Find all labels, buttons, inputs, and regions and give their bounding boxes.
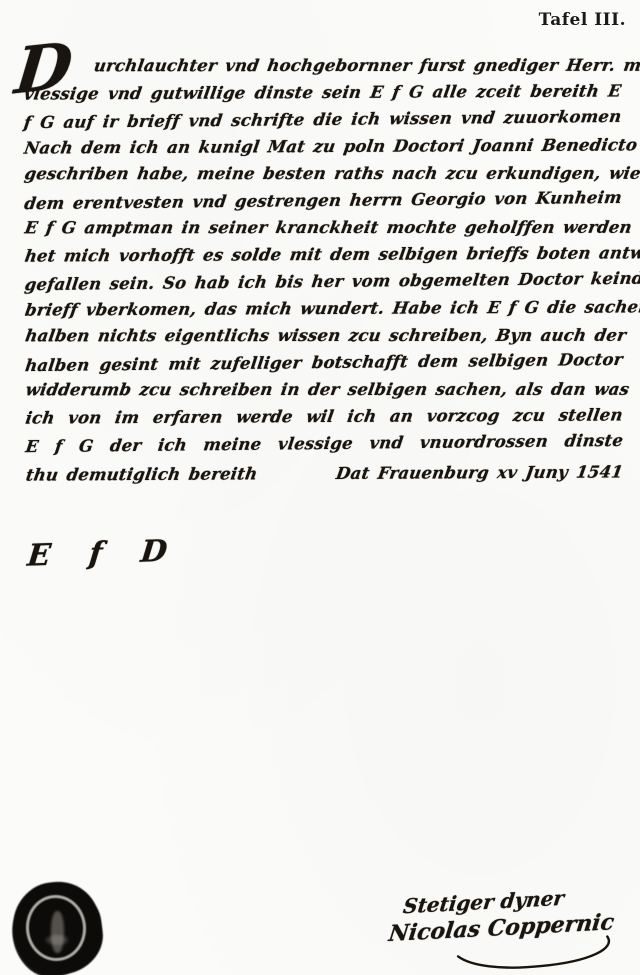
monogram-efd: E f D [26,533,183,573]
seal-figure [51,911,64,953]
manuscript-line: brieff vberkomen, das mich wundert. Habe… [23,293,624,323]
manuscript-line: widderumb zcu schreiben in der selbigen … [24,376,625,404]
manuscript-line: halben gesint mit zufelliger botschafft … [24,346,625,379]
plate-label: Tafel III. [539,10,626,30]
signature-block: Stetiger dyner Nicolas Coppernic [387,882,620,948]
manuscript-line: thu demutiglich bereith Dat Frauenburg x… [24,458,625,488]
manuscript-line: geschriben habe, meine besten raths nach… [23,160,624,188]
manuscript-line: Nach dem ich an kunigl Mat zu poln Docto… [22,131,623,161]
manuscript-line: urchlauchter vnd hochgebornner furst gne… [22,52,623,80]
seal-figure-shadow [46,935,68,945]
manuscript-page: Tafel III. D urchlauchter vnd hochgeborn… [0,0,640,975]
manuscript-line: E f G der ich meine vlessige vnd vnuordr… [24,427,625,460]
signature-flourish-path [457,936,610,970]
manuscript-line: halben nichts eigentlichs wissen zcu sch… [23,322,624,350]
dateline: Dat Frauenburg xv Juny 1541 [334,458,625,487]
letter-body: D urchlauchter vnd hochgebornner furst g… [24,50,623,488]
manuscript-line: E f G amptman in seiner kranckheit mocht… [23,214,624,242]
manuscript-line: dem erentvesten vnd gestrengen herrn Geo… [23,184,624,217]
closing-phrase: thu demutiglich bereith [24,460,259,488]
wax-seal [13,883,101,975]
